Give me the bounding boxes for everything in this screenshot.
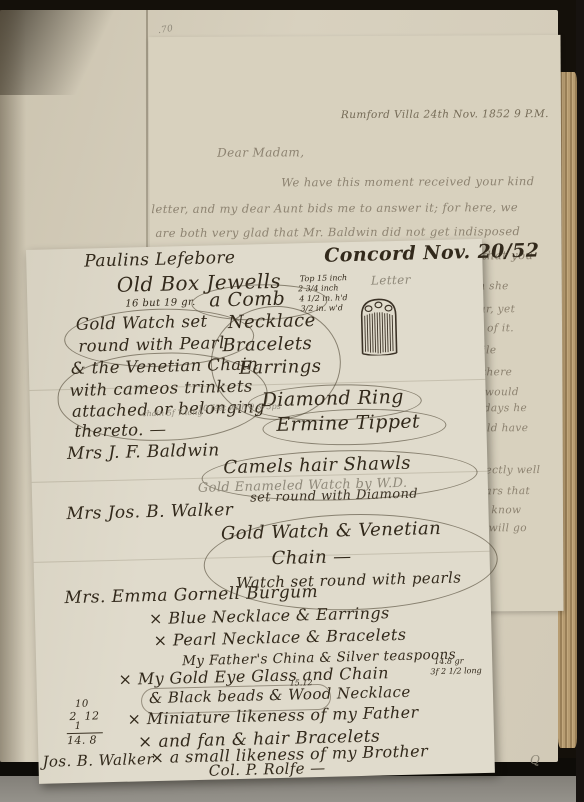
- chain-note: chain 5f 7 long: [142, 409, 203, 419]
- name-rolfe: Col. P. Rolfe —: [209, 761, 326, 780]
- item-ermine-tippet: Ermine Tippet: [276, 412, 420, 435]
- item-enamel-watch-ink: set round with Diamond: [250, 487, 418, 505]
- sum-total: 14. 8: [67, 732, 103, 746]
- name-walker-2: Jos. B. Walker: [42, 752, 154, 770]
- watch-line: round with Pearl: [78, 334, 225, 355]
- book-cover-edge: [576, 0, 584, 802]
- walker-item: Chain —: [271, 548, 351, 569]
- comb-note: Top 15 inch: [300, 274, 347, 284]
- burgum-item: × Blue Necklace & Earrings: [149, 605, 390, 628]
- watch-line: & the Venetian Chain: [71, 355, 259, 377]
- watch-line: with cameos trinkets: [69, 378, 253, 400]
- burgum-item: × Pearl Necklace & Bracelets: [153, 627, 406, 650]
- manuscript-photo: .70 9 Q Rumford Villa 24th Nov. 1852 9 P…: [0, 0, 584, 802]
- pencil-word-letter: Letter: [371, 274, 411, 288]
- watch-line: thereto. —: [74, 421, 166, 441]
- letter-body-line: We have this moment received your kind: [281, 175, 534, 188]
- list-owner: Paulins Lefebore: [84, 250, 236, 272]
- tiny-note-beads: 15.12: [290, 679, 313, 688]
- sum-addend: 1: [75, 722, 82, 733]
- item-diamond-ring: Diamond Ring: [262, 388, 405, 411]
- letter-salutation: Dear Madam,: [217, 146, 304, 159]
- letter-body-line: letter, and my dear Aunt bids me to answ…: [151, 201, 518, 215]
- pencil-mark-bottom-right: Q: [530, 754, 540, 767]
- watch-line: Gold Watch set: [76, 313, 208, 334]
- letter-dateline: Rumford Villa 24th Nov. 1852 9 P.M.: [341, 109, 549, 121]
- tiny-note-eyeglass: 14.8 gr: [434, 657, 464, 666]
- jewellery-list-sheet: Paulins Lefebore Concord Nov. 20/52 Old …: [26, 239, 495, 784]
- name-baldwin: Mrs J. F. Baldwin: [67, 442, 220, 464]
- comb-icon: [355, 295, 402, 356]
- letter-body-line: are both very glad that Mr. Baldwin did …: [155, 225, 520, 239]
- tiny-note-chain: 3f 2 1/2 long: [430, 667, 481, 677]
- name-walker: Mrs Jos. B. Walker: [66, 502, 233, 524]
- gutter-shadow: [0, 10, 26, 762]
- burgum-item: × Miniature likeness of my Father: [127, 705, 418, 729]
